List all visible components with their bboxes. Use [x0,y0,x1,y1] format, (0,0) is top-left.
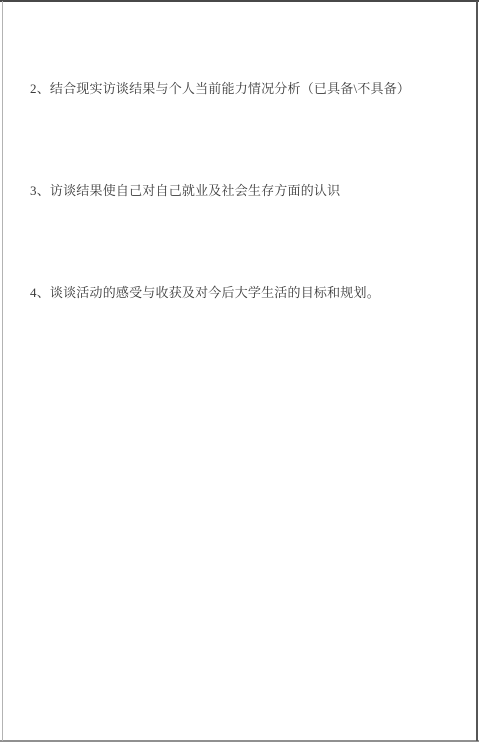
page-border-top [0,0,479,2]
page-border-right [476,1,478,741]
page-border-bottom [0,740,479,742]
question-item-2: 2、结合现实访谈结果与个人当前能力情况分析（已具备\不具备） [30,81,410,96]
document-viewport: 2、结合现实访谈结果与个人当前能力情况分析（已具备\不具备） 3、访谈结果使自己… [0,0,479,743]
page-border-left [2,1,3,741]
document-page: 2、结合现实访谈结果与个人当前能力情况分析（已具备\不具备） 3、访谈结果使自己… [0,0,479,743]
question-item-3: 3、访谈结果使自己对自己就业及社会生存方面的认识 [30,183,340,198]
question-item-4: 4、谈谈活动的感受与收获及对今后大学生活的目标和规划。 [30,285,380,300]
